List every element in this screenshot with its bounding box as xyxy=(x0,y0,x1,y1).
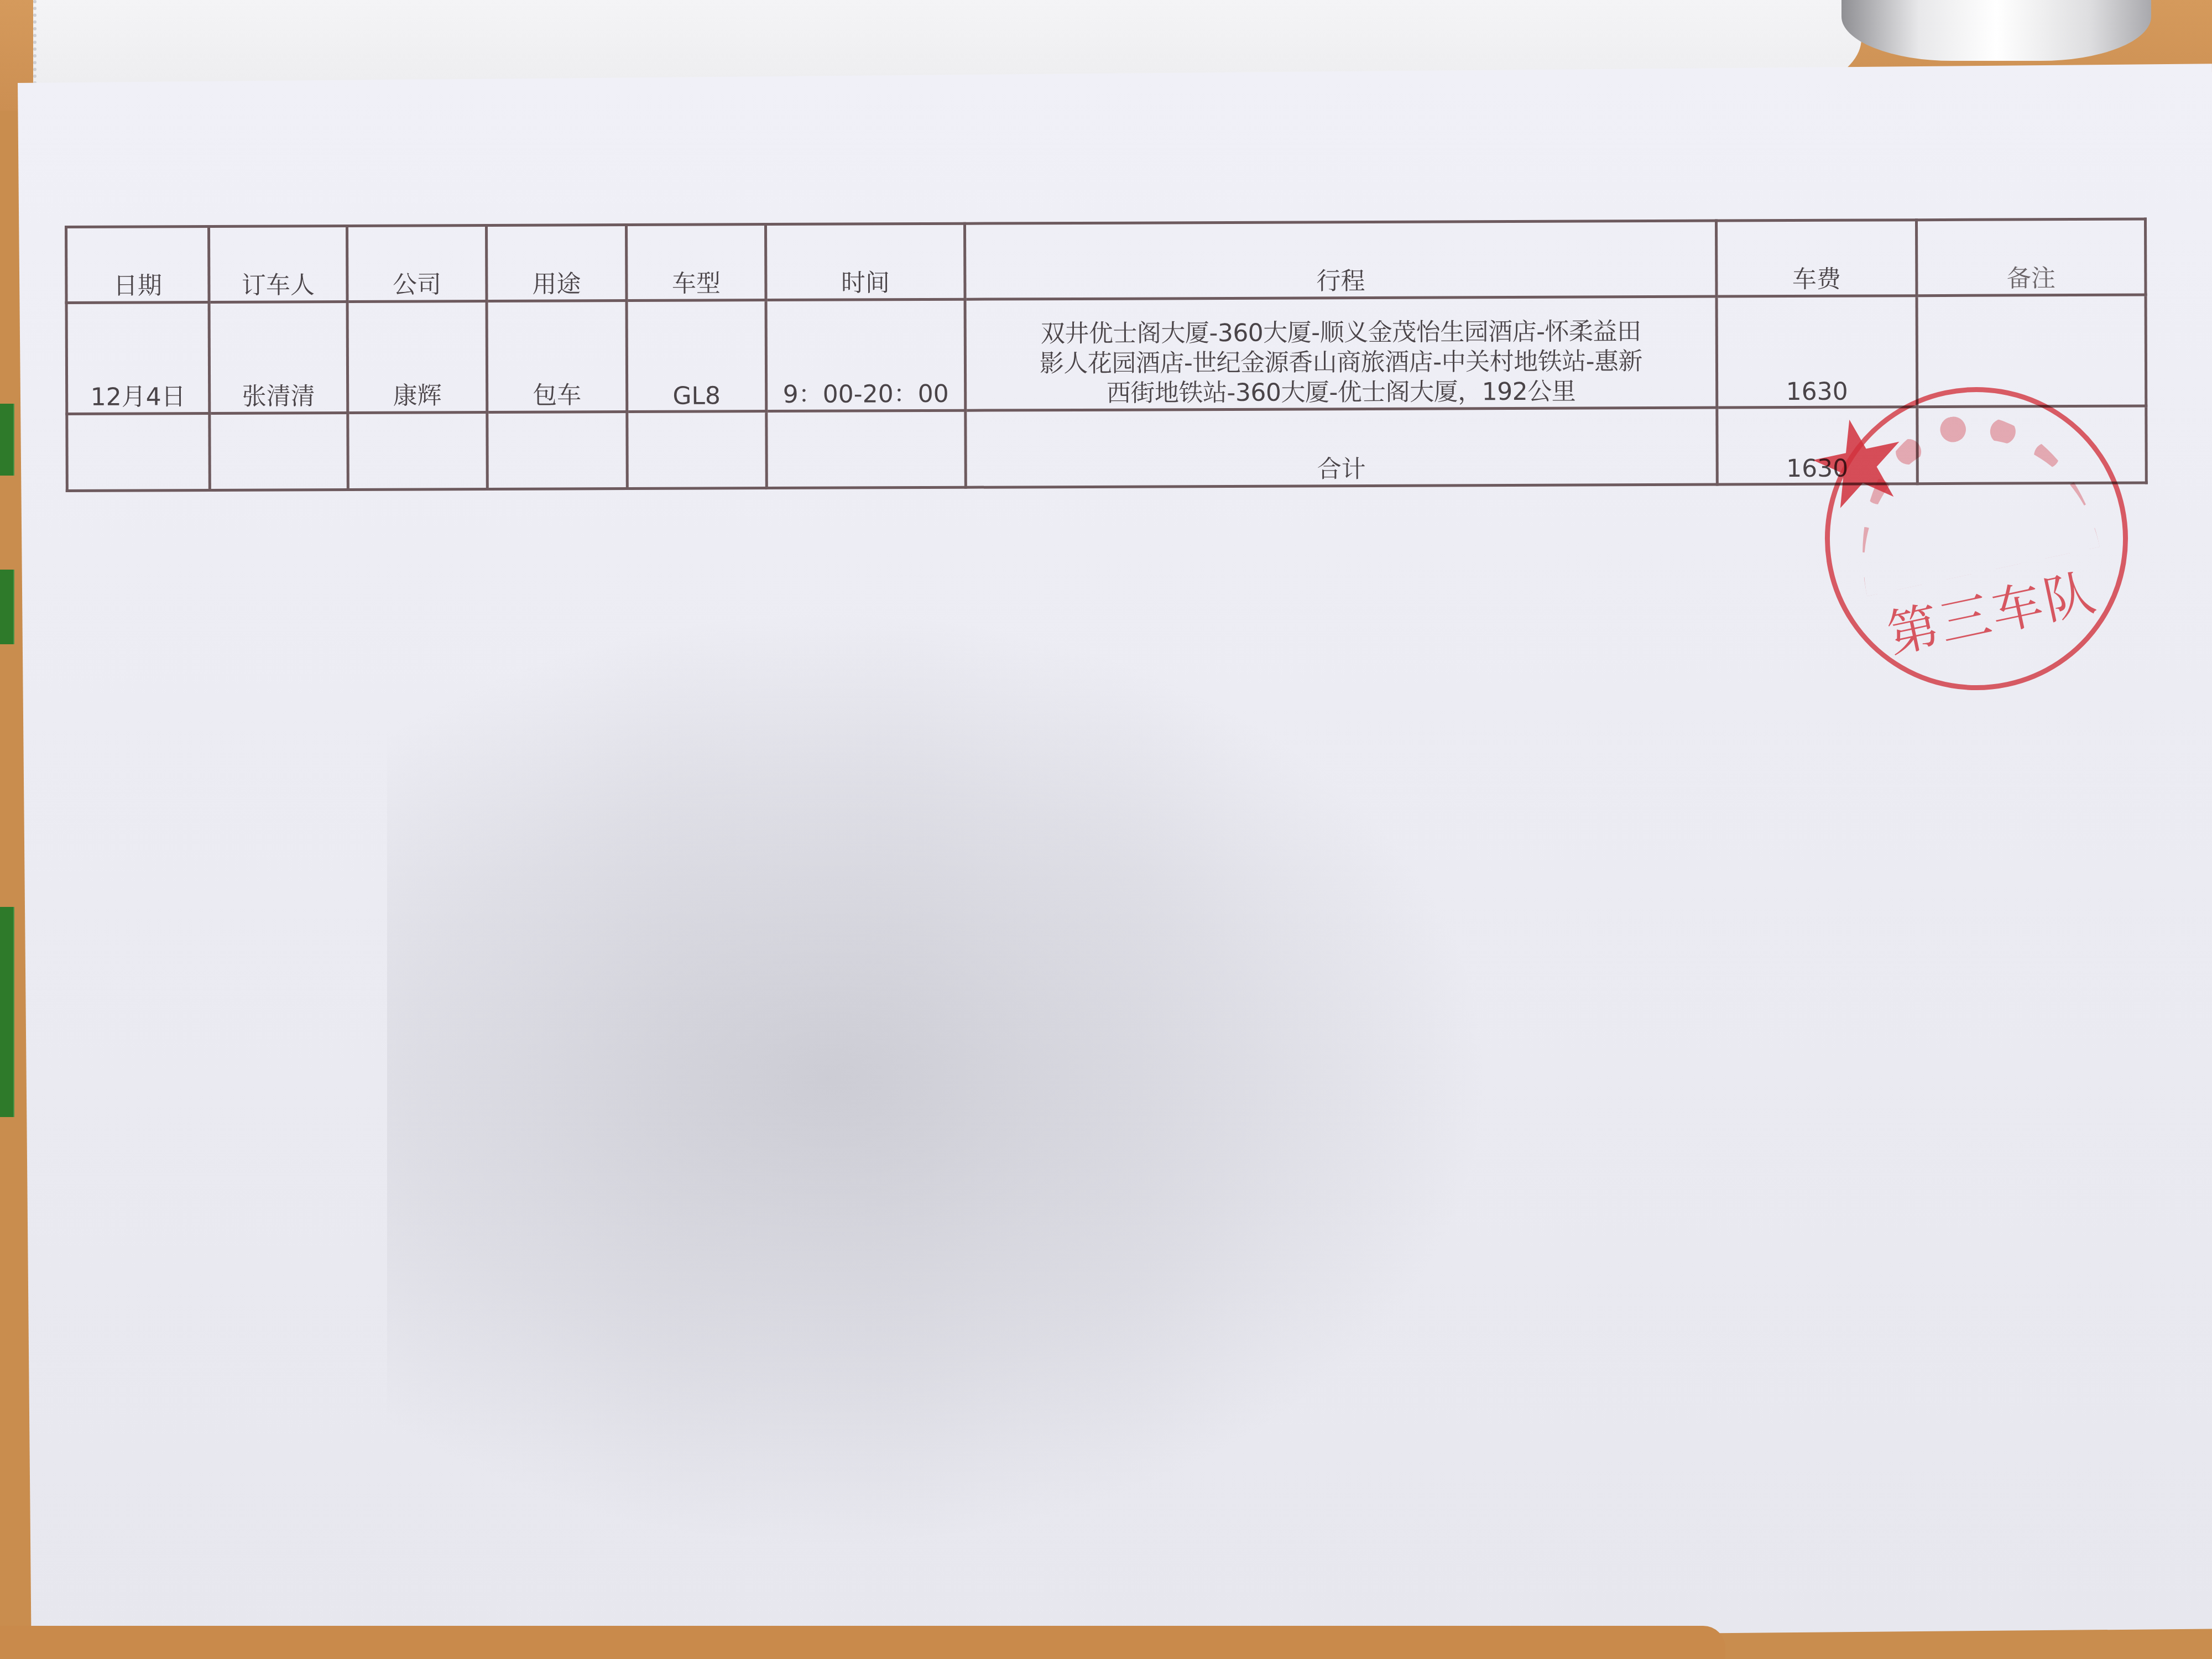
cell-empty xyxy=(348,413,488,490)
tape-roll xyxy=(1841,0,2151,61)
cell-empty xyxy=(766,410,966,488)
cell-company: 康辉 xyxy=(347,301,487,413)
header-purpose: 用途 xyxy=(487,225,627,301)
header-company: 公司 xyxy=(347,226,487,302)
header-remarks: 备注 xyxy=(1916,219,2146,296)
cell-purpose: 包车 xyxy=(487,301,627,413)
table-row: 12月4日 张清清 康辉 包车 GL8 9：00-20：00 双井优士阁大厦-3… xyxy=(66,295,2146,414)
header-date: 日期 xyxy=(66,226,210,302)
cell-empty xyxy=(627,411,767,489)
cell-empty xyxy=(67,413,210,491)
header-itinerary: 行程 xyxy=(964,221,1717,299)
header-fee: 车费 xyxy=(1716,220,1917,296)
table-header-row: 日期 订车人 公司 用途 车型 时间 行程 车费 备注 xyxy=(66,219,2146,302)
itinerary-line: 影人花园酒店-世纪金源香山商旅酒店-中关村地铁站-惠新 xyxy=(967,347,1715,379)
green-binder-strip xyxy=(0,570,14,644)
cell-vehicle-type: GL8 xyxy=(627,300,766,412)
itinerary-line: 西街地铁站-360大厦-优士阁大厦，192公里 xyxy=(967,377,1715,409)
cell-fee: 1630 xyxy=(1717,296,1917,408)
cell-itinerary: 双井优士阁大厦-360大厦-顺义金茂怡生园酒店-怀柔益田 影人花园酒店-世纪金源… xyxy=(965,296,1717,410)
cell-booker: 张清清 xyxy=(209,302,348,414)
desk-background-bottom xyxy=(0,1626,1725,1659)
cell-date: 12月4日 xyxy=(66,302,210,414)
cell-empty xyxy=(487,412,628,489)
header-time: 时间 xyxy=(766,223,966,300)
header-vehicle-type: 车型 xyxy=(627,225,766,301)
cell-empty xyxy=(210,413,348,491)
total-label: 合计 xyxy=(966,408,1718,487)
green-binder-strip xyxy=(0,907,14,1117)
itinerary-line: 双井优士阁大厦-360大厦-顺义金茂怡生园酒店-怀柔益田 xyxy=(967,317,1715,349)
green-binder-strip xyxy=(0,404,14,476)
cell-time: 9：00-20：00 xyxy=(766,299,966,411)
star-icon xyxy=(1803,406,1914,518)
header-booker: 订车人 xyxy=(209,226,348,302)
